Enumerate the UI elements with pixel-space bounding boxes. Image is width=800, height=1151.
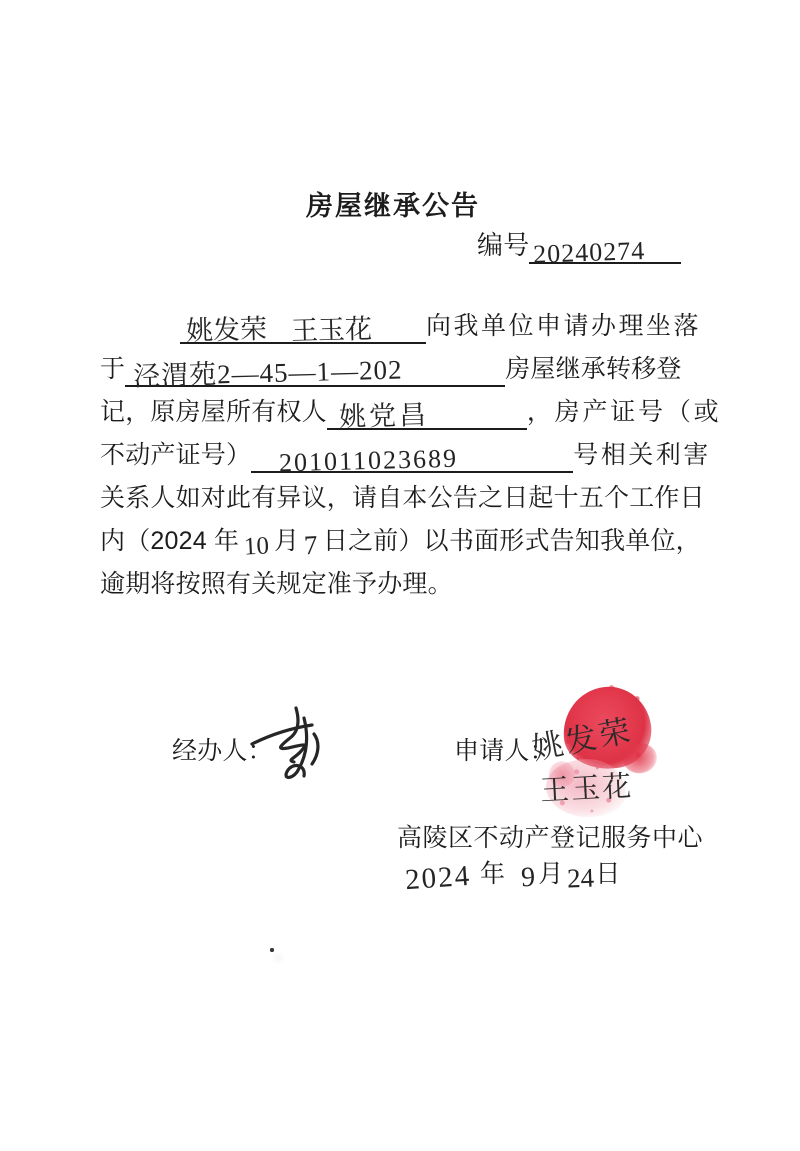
date-day-handwritten: 24 (567, 863, 595, 895)
deadline-day-handwritten: 7 (304, 530, 319, 562)
body-line-2: 于 泾渭苑2—45—1—202 房屋继承转移登 (100, 351, 682, 387)
body-line-1: 姚发荣 王玉花 向我单位申请办理坐落 (100, 308, 701, 344)
body-line-2-pre: 于 (100, 349, 125, 387)
body-line-4: 不动产证号） 201011023689 号相关利害 (100, 437, 711, 473)
body-line-3-pre: 记，原房屋所有权人 (100, 392, 327, 430)
body-line-3-post: ，房产证号（或 (527, 392, 722, 430)
applicant-name-1-handwritten: 姚发荣 (186, 307, 268, 348)
applicants-blank-field: 姚发荣 王玉花 (180, 308, 426, 344)
serial-blank-field: 20240274 (529, 226, 681, 264)
organization-name: 高陵区不动产登记服务中心 (397, 818, 703, 854)
applicant-signature-2-handwritten: 王玉花 (539, 764, 634, 810)
body-line-4-pre: 不动产证号） (100, 435, 251, 473)
owner-name-blank-field: 姚党昌 (327, 394, 527, 430)
issue-date-row: 2024 年 9 月 24 日 (405, 855, 621, 893)
certificate-number-blank-field: 201011023689 (251, 437, 573, 473)
body-line-6-p3: 日之前）以书面形式告知我单位， (323, 521, 701, 559)
document-title: 房屋继承公告 (0, 184, 786, 223)
address-handwritten: 泾渭苑2—45—1—202 (133, 347, 403, 393)
date-month-unit: 月 (538, 854, 563, 893)
first-line-indent (100, 308, 180, 344)
body-line-5: 关系人如对此有异议，请自本公告之日起十五个工作日 (100, 480, 705, 516)
body-line-7-text: 逾期将按照有关规定准予办理。 (100, 564, 453, 602)
body-line-5-text: 关系人如对此有异议，请自本公告之日起十五个工作日 (100, 478, 705, 516)
body-line-6: 内（2024 年 10 月 7 日之前）以书面形式告知我单位， (100, 523, 701, 559)
date-month-handwritten: 9 (521, 862, 536, 894)
handler-signature-scribble (246, 698, 338, 788)
body-line-2-post: 房屋继承转移登 (505, 349, 681, 387)
date-year-handwritten: 2024 (404, 860, 472, 898)
date-year-unit: 年 (480, 854, 505, 893)
applicant-name-2-handwritten: 王玉花 (291, 307, 373, 348)
serial-value-handwritten: 20240274 (529, 236, 646, 270)
ink-speck (270, 948, 274, 952)
body-line-4-post: 号相关利害 (573, 435, 711, 473)
body-line-7: 逾期将按照有关规定准予办理。 (100, 566, 453, 602)
body-line-1-text: 向我单位申请办理坐落 (426, 306, 701, 344)
body-line-3: 记，原房屋所有权人 姚党昌 ，房产证号（或 (100, 394, 721, 430)
deadline-month-handwritten: 10 (243, 532, 269, 561)
date-day-unit: 日 (595, 854, 620, 893)
serial-number-row: 编号 20240274 (477, 228, 681, 264)
certificate-number-handwritten: 201011023689 (279, 444, 459, 479)
owner-name-handwritten: 姚党昌 (338, 393, 429, 434)
address-blank-field: 泾渭苑2—45—1—202 (125, 351, 505, 387)
serial-label: 编号 (477, 225, 529, 264)
body-line-6-p1: 内（2024 年 (100, 521, 239, 559)
body-line-6-p2: 月 (274, 521, 299, 559)
scanned-document-page: 房屋继承公告 编号 20240274 姚发荣 王玉花 向我单位申请办理坐落 于 … (0, 0, 800, 1151)
